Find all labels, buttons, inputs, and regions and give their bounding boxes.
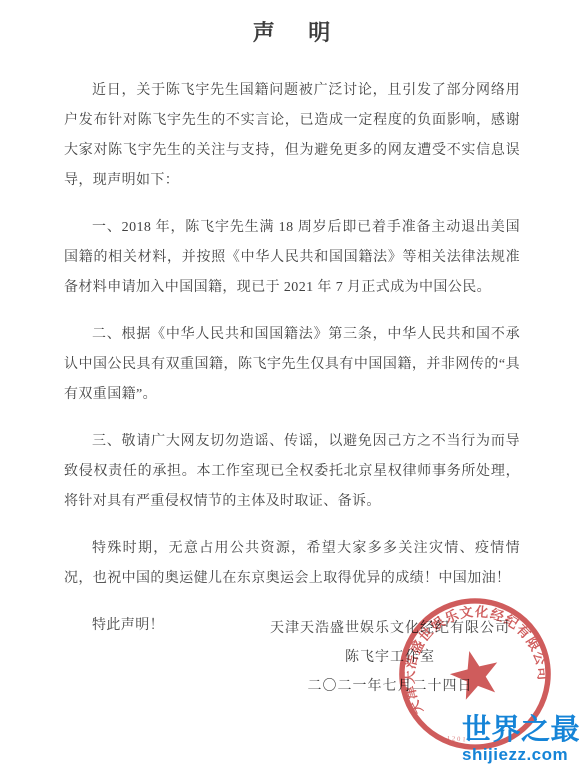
watermark-logo: 世界之最 shijiezz.com [462, 715, 580, 764]
paragraph-item-1: 一、2018 年，陈飞宇先生满 18 周岁后即已着手准备主动退出美国国籍的相关材… [64, 213, 520, 303]
document-body: 近日，关于陈飞宇先生国籍问题被广泛讨论，且引发了部分网络用户发布针对陈飞宇先生的… [0, 48, 583, 641]
page-title: 声 明 [0, 0, 583, 48]
star-icon [446, 645, 505, 702]
paragraph-item-3: 三、敬请广大网友切勿造谣、传谣，以避免因己方之不当行为而导致侵权责任的承担。本工… [64, 427, 520, 517]
paragraph-olympics: 特殊时期，无意占用公共资源，希望大家多多关注灾情、疫情情况，也祝中国的奥运健儿在… [64, 534, 520, 594]
statement-document: 声 明 近日，关于陈飞宇先生国籍问题被广泛讨论，且引发了部分网络用户发布针对陈飞… [0, 0, 583, 775]
watermark-title: 世界之最 [462, 715, 580, 746]
watermark-site: shijiezz.com [462, 746, 580, 764]
paragraph-intro: 近日，关于陈飞宇先生国籍问题被广泛讨论，且引发了部分网络用户发布针对陈飞宇先生的… [64, 76, 520, 196]
paragraph-item-2: 二、根据《中华人民共和国国籍法》第三条，中华人民共和国不承认中国公民具有双重国籍… [64, 320, 520, 410]
